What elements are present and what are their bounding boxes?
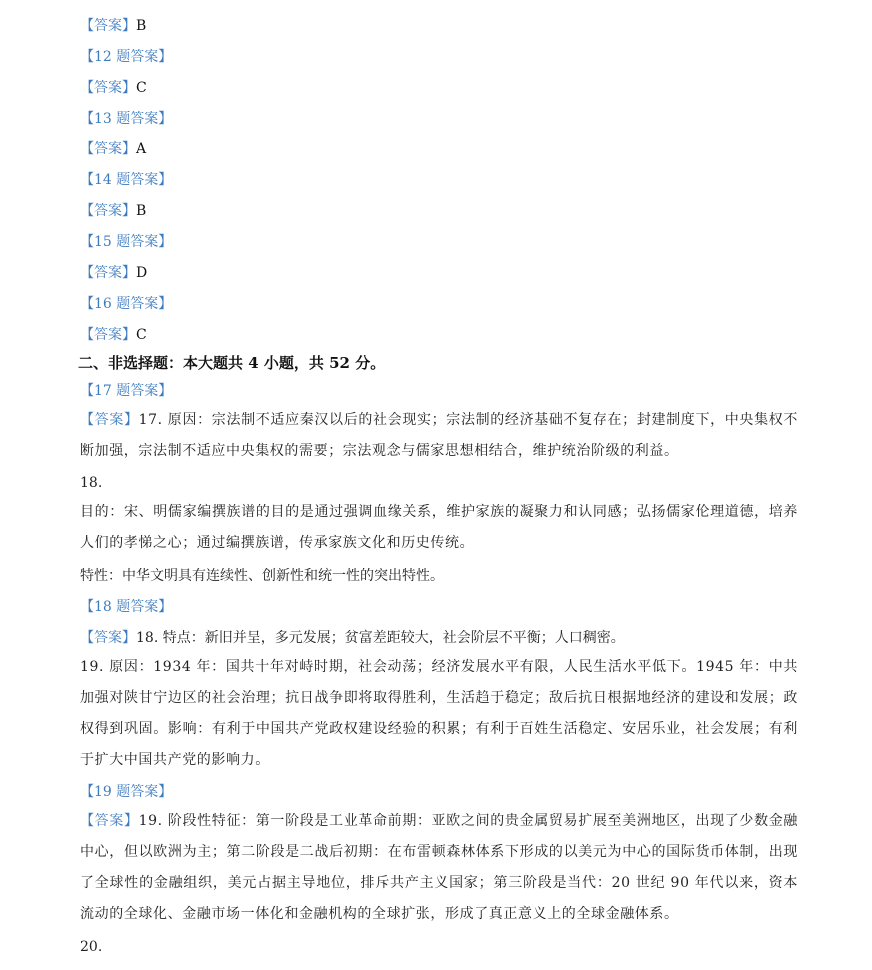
answer-tag: 【答案】	[80, 813, 139, 829]
answer-line: 【答案】C	[80, 325, 147, 345]
question-18-answer: 【答案】18. 特点：新旧并呈，多元发展；贫富差距较大，社会阶层不平衡；人口稠密…	[80, 628, 625, 648]
question-19-header: 【19 题答案】	[80, 782, 172, 802]
sub-question-19-paragraph: 19. 原因：1934 年：国共十年对峙时期，社会动荡；经济发展水平有限，人民生…	[80, 652, 798, 776]
answer-line: 【答案】B	[80, 201, 146, 221]
question-18-header: 【18 题答案】	[80, 597, 172, 617]
question-14-header: 【14 题答案】	[80, 170, 172, 190]
answer-tag: 【答案】	[80, 265, 136, 281]
answer-tag: 【答案】	[80, 327, 136, 343]
feature-paragraph: 特性：中华文明具有连续性、创新性和统一性的突出特性。	[80, 566, 444, 586]
answer-line: 【答案】B	[80, 16, 146, 36]
answer-tag: 【答案】	[80, 141, 136, 157]
answer-value: C	[136, 80, 147, 96]
answer-line: 【答案】D	[80, 263, 147, 283]
question-tag: 【16 题答案】	[80, 296, 172, 312]
answer-value: B	[136, 203, 146, 219]
question-19-answer: 【答案】19. 阶段性特征：第一阶段是工业革命前期：亚欧之间的贵金属贸易扩展至美…	[80, 806, 798, 930]
answer-text: 19. 阶段性特征：第一阶段是工业革命前期：亚欧之间的贵金属贸易扩展至美洲地区，…	[80, 813, 798, 922]
answer-tag: 【答案】	[80, 80, 136, 96]
answer-value: B	[136, 18, 146, 34]
answer-value: A	[136, 141, 146, 157]
answer-value: D	[136, 265, 147, 281]
sub-question-18-label: 18.	[80, 473, 102, 493]
question-tag: 【14 题答案】	[80, 172, 172, 188]
question-17-header: 【17 题答案】	[80, 381, 172, 401]
answer-tag: 【答案】	[80, 412, 139, 428]
purpose-paragraph: 目的：宋、明儒家编撰族谱的目的是通过强调血缘关系，维护家族的凝聚力和认同感；弘扬…	[80, 497, 798, 559]
question-12-header: 【12 题答案】	[80, 47, 172, 67]
answer-text: 17. 原因：宗法制不适应秦汉以后的社会现实；宗法制的经济基础不复存在；封建制度…	[80, 412, 798, 459]
question-tag: 【15 题答案】	[80, 234, 172, 250]
answer-text: 18. 特点：新旧并呈，多元发展；贫富差距较大，社会阶层不平衡；人口稠密。	[136, 630, 625, 646]
question-17-answer: 【答案】17. 原因：宗法制不适应秦汉以后的社会现实；宗法制的经济基础不复存在；…	[80, 405, 798, 467]
section-title: 二、非选择题：本大题共 4 小题，共 52 分。	[78, 353, 385, 373]
question-16-header: 【16 题答案】	[80, 294, 172, 314]
question-tag: 【17 题答案】	[80, 383, 172, 399]
question-15-header: 【15 题答案】	[80, 232, 172, 252]
answer-line: 【答案】A	[80, 139, 146, 159]
answer-value: C	[136, 327, 147, 343]
sub-question-20-label: 20.	[80, 937, 102, 957]
question-13-header: 【13 题答案】	[80, 109, 172, 129]
answer-tag: 【答案】	[80, 18, 136, 34]
question-tag: 【18 题答案】	[80, 599, 172, 615]
answer-tag: 【答案】	[80, 630, 136, 646]
question-tag: 【19 题答案】	[80, 784, 172, 800]
question-tag: 【13 题答案】	[80, 111, 172, 127]
question-tag: 【12 题答案】	[80, 49, 172, 65]
answer-line: 【答案】C	[80, 78, 147, 98]
answer-tag: 【答案】	[80, 203, 136, 219]
